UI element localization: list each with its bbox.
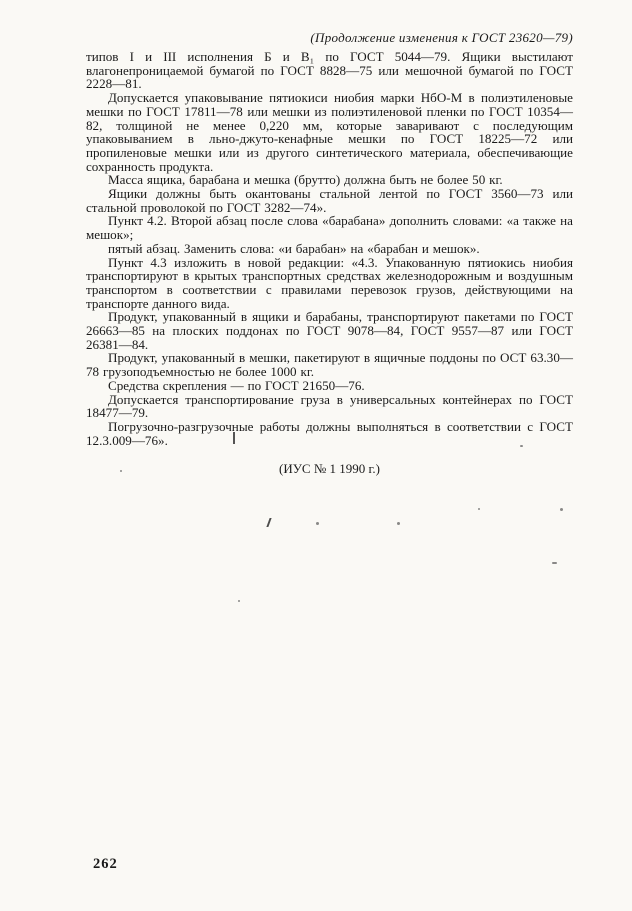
continuation-header: (Продолжение изменения к ГОСТ 23620—79) xyxy=(86,31,573,45)
scan-artifact xyxy=(238,600,240,602)
paragraph: типов I и III исполнения Б и В₁ по ГОСТ … xyxy=(86,50,573,91)
paragraph: Масса ящика, барабана и мешка (брутто) д… xyxy=(86,173,573,187)
scan-artifact xyxy=(397,522,400,525)
scan-artifact xyxy=(560,508,563,511)
scan-artifact xyxy=(316,522,319,525)
paragraph: Ящики должны быть окантованы стальной ле… xyxy=(86,187,573,214)
scan-artifact xyxy=(266,518,271,527)
scanned-document-page: (Продолжение изменения к ГОСТ 23620—79) … xyxy=(0,0,632,911)
scan-artifact xyxy=(552,562,557,564)
paragraph: Продукт, упакованный в мешки, пакетируют… xyxy=(86,351,573,378)
paragraph: пятый абзац. Заменить слова: «и барабан»… xyxy=(86,242,573,256)
paragraph: Погрузочно-разгрузочные работы должны вы… xyxy=(86,420,573,447)
paragraph: Средства скрепления — по ГОСТ 21650—76. xyxy=(86,379,573,393)
scan-artifact xyxy=(233,432,235,444)
document-body: типов I и III исполнения Б и В₁ по ГОСТ … xyxy=(86,50,573,447)
paragraph: Допускается транспортирование груза в ун… xyxy=(86,393,573,420)
page-number: 262 xyxy=(93,856,118,873)
scan-artifact xyxy=(478,508,480,510)
scan-artifact xyxy=(120,470,122,472)
paragraph: Пункт 4.3 изложить в новой редакции: «4.… xyxy=(86,256,573,311)
paragraph: Продукт, упакованный в ящики и барабаны,… xyxy=(86,310,573,351)
scan-artifact xyxy=(520,445,523,447)
paragraph: Допускается упаковывание пятиокиси ниоби… xyxy=(86,91,573,173)
paragraph: Пункт 4.2. Второй абзац после слова «бар… xyxy=(86,214,573,241)
issue-note: (ИУС № 1 1990 г.) xyxy=(86,461,573,477)
